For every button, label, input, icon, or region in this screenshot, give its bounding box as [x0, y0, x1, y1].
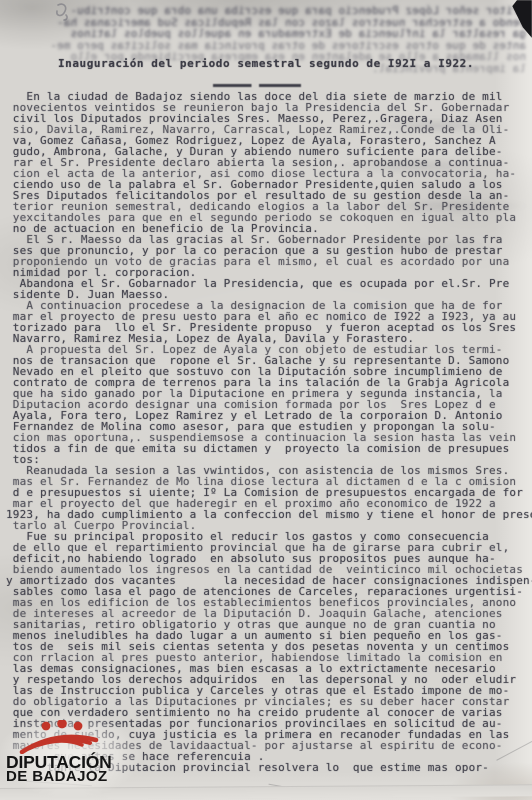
typewritten-line: y respetando los derechos adquiridos en …	[6, 674, 532, 685]
document-heading: Inauguración del periodo semestral segun…	[58, 57, 474, 70]
typewritten-body: En la ciudad de Badajoz siendo las doce …	[6, 91, 532, 773]
typewritten-line: que ha sido ganado por la Diputacione en…	[6, 388, 532, 399]
typewritten-line: torizado para llo el Sr. Presidente prop…	[6, 322, 532, 333]
typewritten-line: sanitarias, retiro obligatorio y otras q…	[6, 619, 532, 630]
typewritten-line: Abandona el Sr. Gobarnador la Presidenci…	[6, 278, 532, 289]
typewritten-line: no de actuacion en beneficio de la Provi…	[6, 223, 532, 234]
typewritten-line: ses que pronuncio, y por la co peracion …	[6, 245, 532, 256]
bleed-text-line: critor señor López Prudencio para que es…	[6, 5, 526, 17]
typewritten-line: contrato de compra de terrenos para la i…	[6, 377, 532, 388]
typewritten-line: sidente D. Juan Maesso.	[6, 289, 532, 300]
typewritten-line: Navarro, Ramirez Mesia, Lopez de Ayala, …	[6, 333, 532, 344]
diputacion-badajoz-logo: DIPUTACIÓN DE BADAJOZ	[6, 720, 134, 790]
typewritten-line: Reanudada la sesion a las vwintidos, con…	[6, 465, 532, 476]
typewritten-line: Fue su principal proposito el reducir lo…	[6, 531, 532, 542]
typewritten-line: con rrlacion al pres puesto anterior, ha…	[6, 652, 532, 663]
pencil-mark	[50, 1, 76, 31]
typewritten-line: tos:	[6, 454, 532, 465]
typewritten-line: proponiendo un voto de gracias para el m…	[6, 256, 532, 267]
typewritten-line: menos ineludibles ha dado lugar a un aum…	[6, 630, 532, 641]
typewritten-line: cion mas oportuna,. suspendiemsose a con…	[6, 432, 532, 443]
typewritten-line: cion el acta de la anterior, asi como di…	[6, 168, 532, 179]
typewritten-line: nimidad por l. corporacion.	[6, 267, 532, 278]
heading-underline	[213, 84, 301, 87]
typewritten-line: Diputacion acordo designar una comision …	[6, 399, 532, 410]
typewritten-line: de intereses al acreedor de la Diputació…	[6, 608, 532, 619]
typewritten-line: A continuacion procedese a la designacio…	[6, 300, 532, 311]
typewritten-line: rar el Sr. Presidente declaro abierta la…	[6, 157, 532, 168]
typewritten-line: biendo aumentado los ingresos en la cant…	[6, 564, 532, 575]
typewritten-line: de ello que el repartimiento provincial …	[6, 542, 532, 553]
typewritten-line: sables como lasa el pago de atenciones d…	[6, 586, 532, 597]
typewritten-line: El S r. Maesso da las gracias al Sr. Gob…	[6, 234, 532, 245]
typewritten-line: d e presupuestos si uiente; Iº La Comisi…	[6, 487, 532, 498]
typewritten-line: En la ciudad de Badajoz siendo las doce …	[6, 91, 532, 102]
typewritten-line: las demas consignaciones, mas bien escas…	[6, 663, 532, 674]
typewritten-line: yexcitandoles para que en el segundo per…	[6, 212, 532, 223]
typewritten-line: civil los Diputados provinciales Sres. M…	[6, 113, 532, 124]
typewritten-line: mas el Sr. Fernandez de Mo lina diose le…	[6, 476, 532, 487]
scanned-document-page: critor señor López Prudencio para que es…	[0, 0, 532, 800]
logo-subtitle: DE BADAJOZ	[6, 768, 108, 785]
typewritten-line: ciendo uso de la palabra el Sr. Gobernad…	[6, 179, 532, 190]
typewritten-line: Ayala, Fora tero, Lopez Ramirez y el Let…	[6, 410, 532, 421]
typewritten-line: las de Instruccion publica y Carceles y …	[6, 685, 532, 696]
typewritten-line: Sres Diputados felicitandolos por el res…	[6, 190, 532, 201]
typewritten-line: 1923, ha dado cumplimiento a la confecci…	[6, 509, 532, 520]
typewritten-line: Nevado en el pleito que sostuvo con la D…	[6, 366, 532, 377]
typewritten-line: gudo, Ambrona, Galache, y Duran y abiend…	[6, 146, 532, 157]
typewritten-line: tarlo al Cuerpo Provincial.	[6, 520, 532, 531]
typewritten-line: y amortizado dos vacantes la necesidad d…	[6, 575, 532, 586]
typewritten-line: terior reunion semestral, dedicando elog…	[6, 201, 532, 212]
logo-arcs-icon	[18, 720, 114, 754]
typewritten-line: A propuesta del Sr. Lopez de Ayala y con…	[6, 344, 532, 355]
typewritten-line: va, Gomez Cañasa, Gomez Rodriguez, Lopez…	[6, 135, 532, 146]
typewritten-line: tidos a fin de que emita su dictamen y p…	[6, 443, 532, 454]
typewritten-line: nos de transacion que ropone el Sr. Gala…	[6, 355, 532, 366]
typewritten-line: tos de seis mil seis cientas setenta y d…	[6, 641, 532, 652]
typewritten-line: mar el proyecto del que haderegir en el …	[6, 498, 532, 509]
typewritten-line: mar el proyecto de presu uesto para el a…	[6, 311, 532, 322]
typewritten-line: sio, Davila, Ramirez, Navarro, Carrascal…	[6, 124, 532, 135]
typewritten-line: do obligatorio a las Diputaciones pr vin…	[6, 696, 532, 707]
typewritten-line: novecientos veintidos se reunieron bajo …	[6, 102, 532, 113]
typewritten-line: Fernandez de Molina como asesor, para qu…	[6, 421, 532, 432]
typewritten-line: deficit,no habiendo logrado en absoluto …	[6, 553, 532, 564]
typewritten-line: mas en los edificion de los establecimie…	[6, 597, 532, 608]
